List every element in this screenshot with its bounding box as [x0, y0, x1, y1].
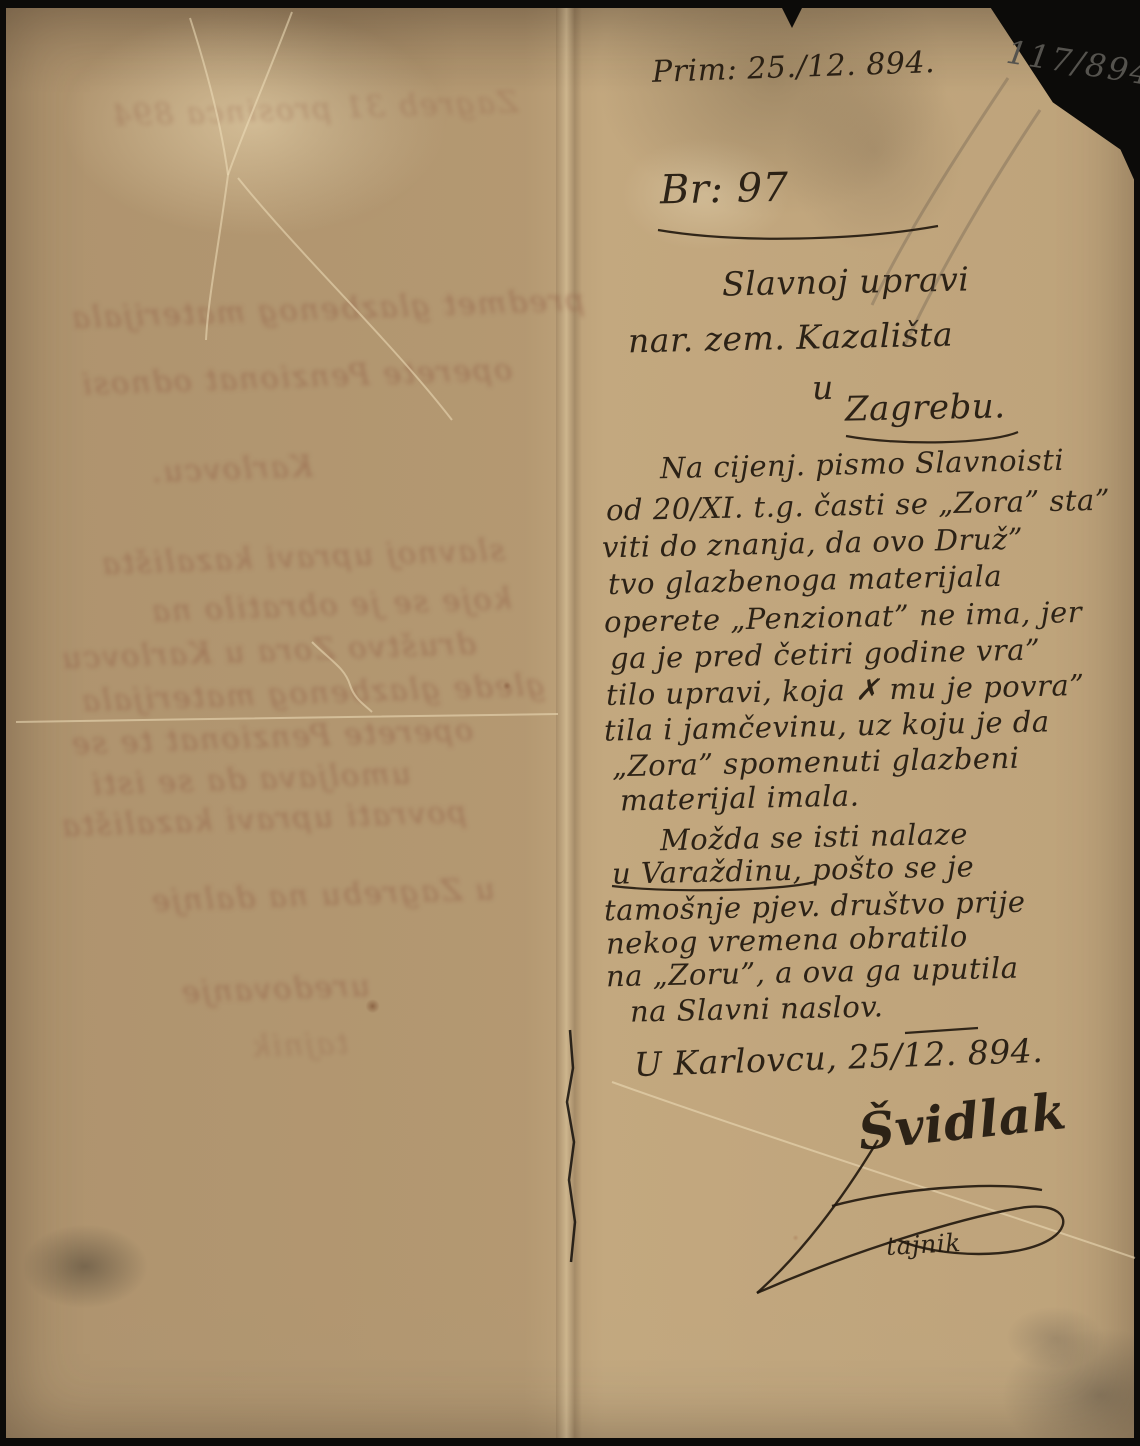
body-line-suffix: pošto se je: [802, 849, 975, 887]
bleedthrough-line: Karlovcu.: [149, 449, 313, 490]
scanned-letter: Zagreb 31 prosinca 894 predmet glazbenog…: [0, 0, 1140, 1446]
recipient-line: Slavnoj upravi: [722, 259, 970, 303]
recipient-line: u: [812, 368, 835, 407]
recipient-line: nar. zem. Kazališta: [628, 315, 954, 361]
signature-title: tajnik: [885, 1228, 961, 1261]
body-line: na Slavni naslov.: [630, 989, 884, 1028]
body-line-prefix: u: [612, 856, 642, 891]
bleedthrough-line: tajnik: [249, 1026, 349, 1064]
bleedthrough-line: uredovanje: [179, 969, 370, 1011]
body-line: materijal imala.: [620, 778, 860, 817]
letter-number: Br: 97: [660, 165, 790, 214]
underlined-place-varazdin: Varaždinu,: [641, 853, 803, 890]
recipient-city: Zagrebu.: [845, 386, 1006, 429]
